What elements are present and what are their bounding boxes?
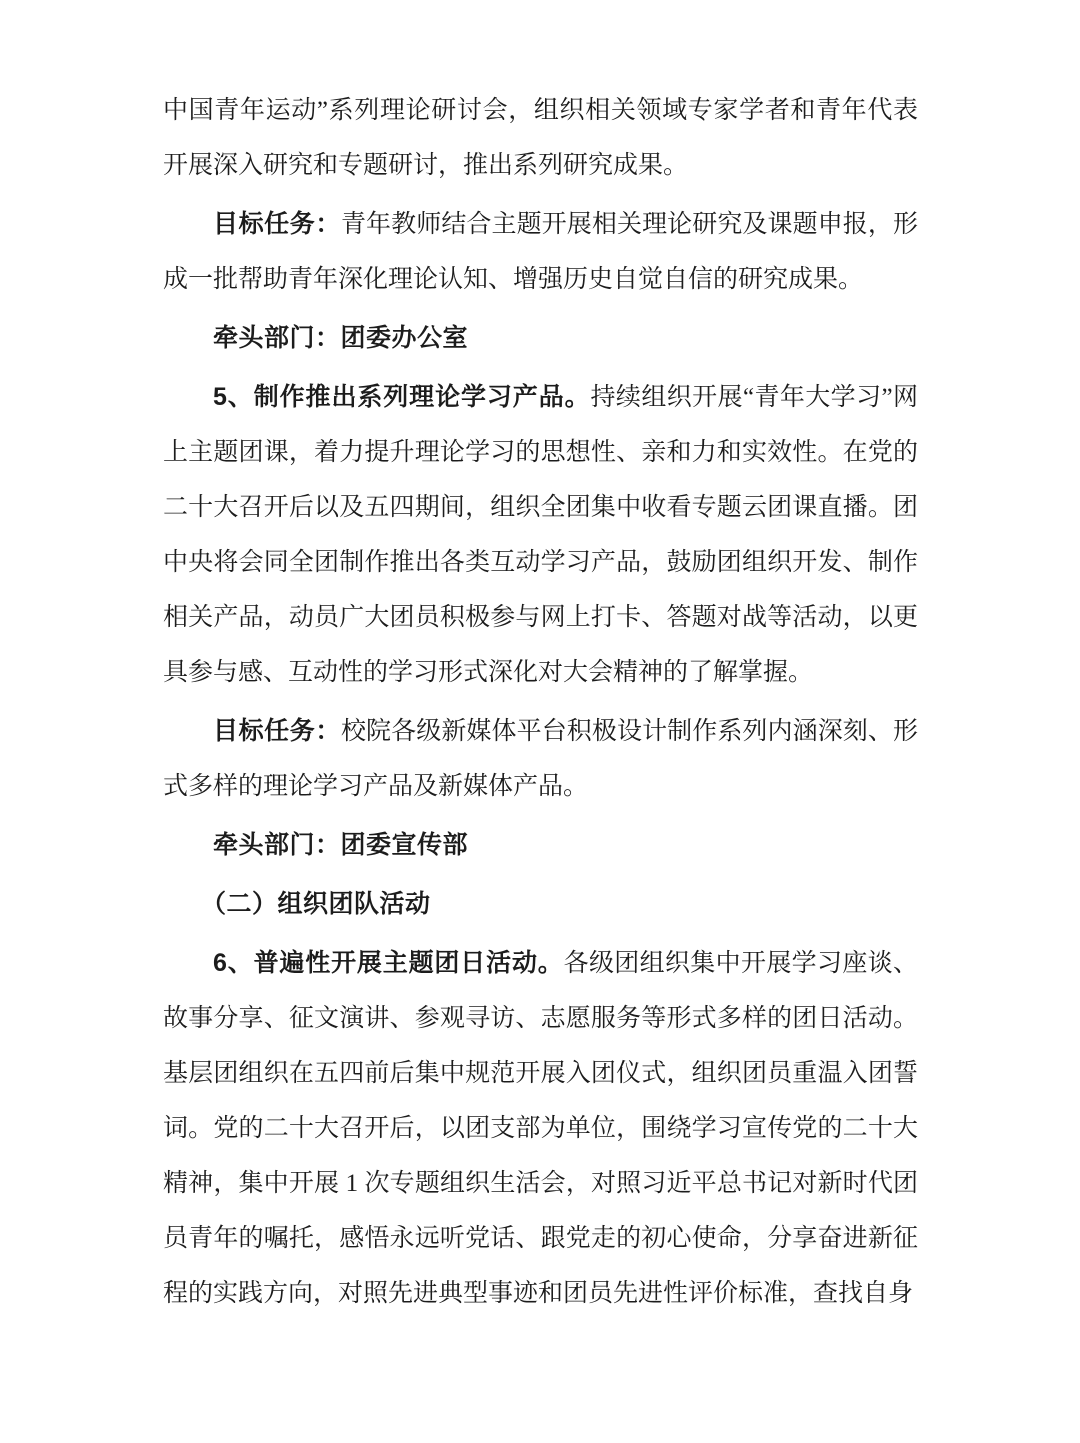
paragraph-item-6: 6、普遍性开展主题团日活动。各级团组织集中开展学习座谈、故事分享、征文演讲、参观… bbox=[163, 936, 918, 1321]
section-heading-text: （二）组织团队活动 bbox=[201, 890, 431, 918]
paragraph-text: 持续组织开展“青年大学习”网上主题团课，着力提升理论学习的思想性、亲和力和实效性… bbox=[163, 384, 918, 686]
paragraph-target-task-2: 目标任务：校院各级新媒体平台积极设计制作系列内涵深刻、形式多样的理论学习产品及新… bbox=[163, 704, 918, 814]
lead-department-label: 牵头部门：团委宣传部 bbox=[213, 831, 468, 859]
paragraph-lead-department-office: 牵头部门：团委办公室 bbox=[163, 311, 918, 366]
section-heading-organize-league-activities: （二）组织团队活动 bbox=[163, 877, 918, 932]
item-6-heading: 6、普遍性开展主题团日活动。 bbox=[213, 949, 564, 977]
target-task-label: 目标任务： bbox=[213, 210, 341, 238]
paragraph-continuation: 中国青年运动”系列理论研讨会，组织相关领域专家学者和青年代表开展深入研究和专题研… bbox=[163, 83, 918, 193]
paragraph-text: 各级团组织集中开展学习座谈、故事分享、征文演讲、参观寻访、志愿服务等形式多样的团… bbox=[163, 950, 918, 1307]
paragraph-lead-department-publicity: 牵头部门：团委宣传部 bbox=[163, 818, 918, 873]
lead-department-label: 牵头部门：团委办公室 bbox=[213, 324, 468, 352]
item-5-heading: 5、制作推出系列理论学习产品。 bbox=[213, 383, 591, 411]
document-page: 中国青年运动”系列理论研讨会，组织相关领域专家学者和青年代表开展深入研究和专题研… bbox=[0, 0, 1080, 1443]
target-task-label: 目标任务： bbox=[213, 717, 341, 745]
paragraph-target-task-1: 目标任务：青年教师结合主题开展相关理论研究及课题申报，形成一批帮助青年深化理论认… bbox=[163, 197, 918, 307]
paragraph-text: 中国青年运动”系列理论研讨会，组织相关领域专家学者和青年代表开展深入研究和专题研… bbox=[163, 97, 918, 179]
paragraph-item-5: 5、制作推出系列理论学习产品。持续组织开展“青年大学习”网上主题团课，着力提升理… bbox=[163, 370, 918, 700]
